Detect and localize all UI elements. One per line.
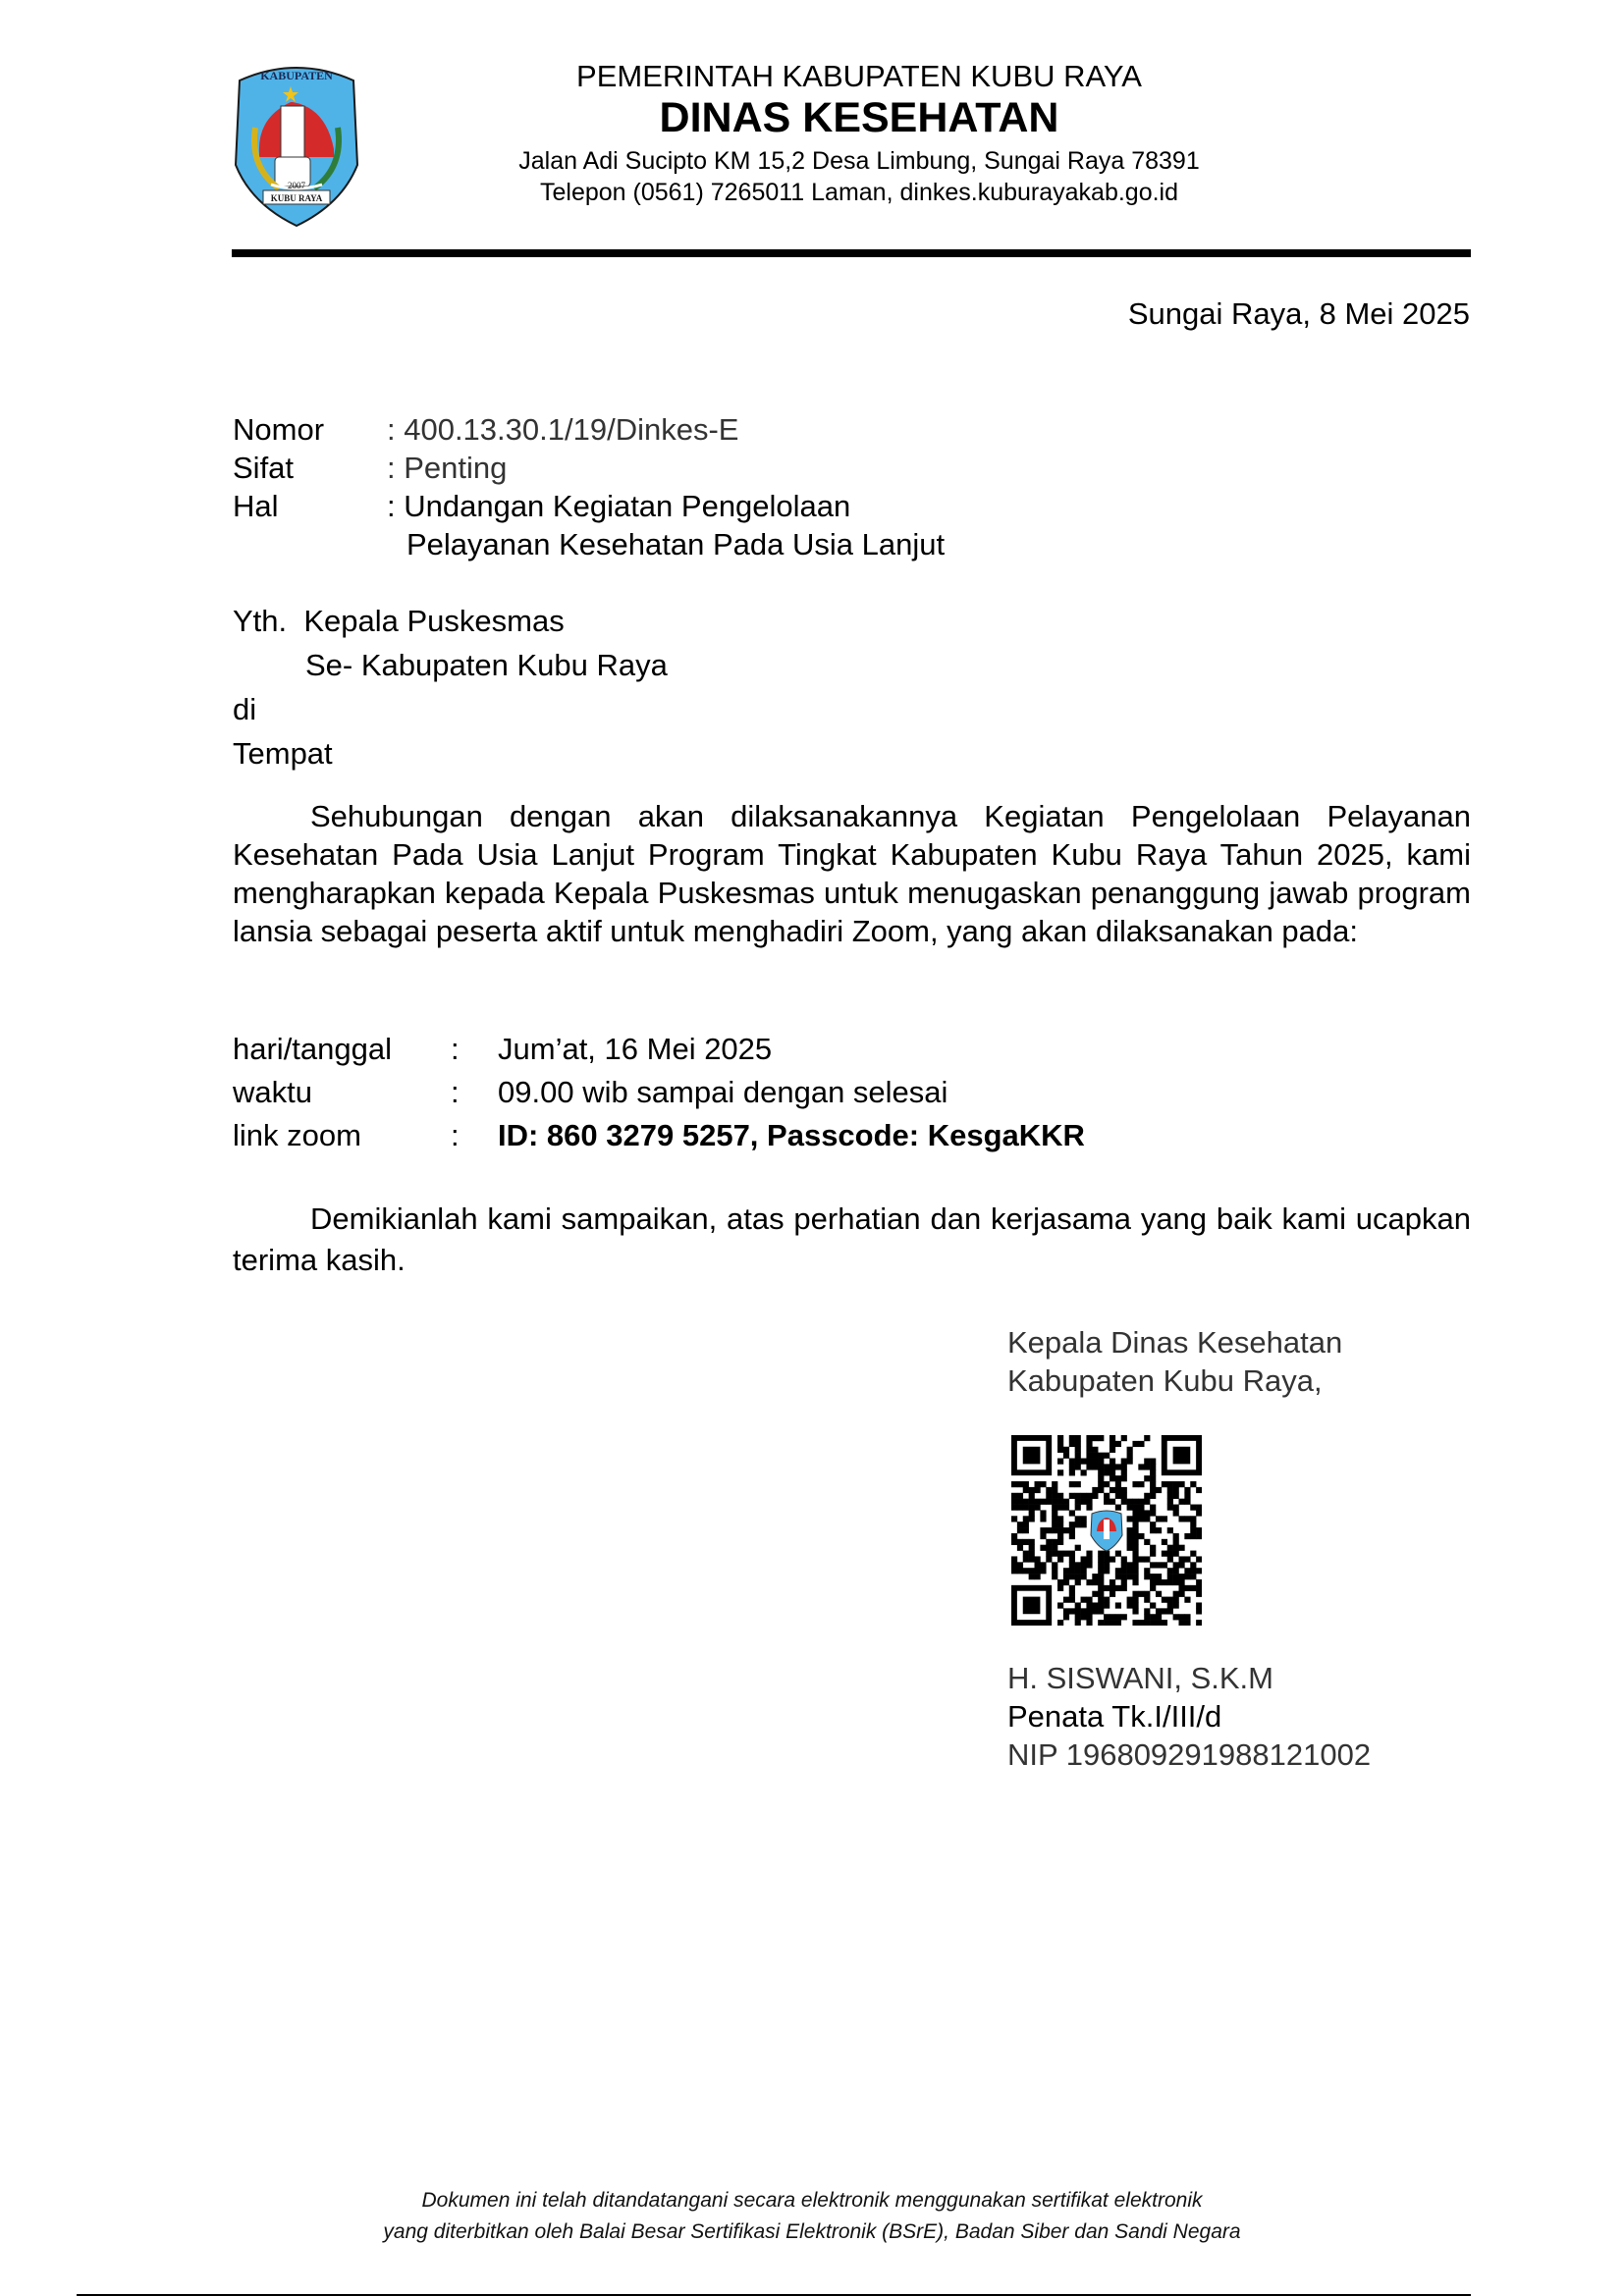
footer-line: yang diterbitkan oleh Balai Besar Sertif… bbox=[295, 2216, 1329, 2248]
signatory-block: H. SISWANI, S.K.M Penata Tk.I/III/d NIP … bbox=[1007, 1659, 1371, 1774]
signatory-rank: Penata Tk.I/III/d bbox=[1007, 1697, 1371, 1735]
letter-date: Sungai Raya, 8 Mei 2025 bbox=[1128, 296, 1470, 332]
footer-line: Dokumen ini telah ditandatangani secara … bbox=[295, 2185, 1329, 2216]
paragraph-text: Demikianlah kami sampaikan, atas perhati… bbox=[233, 1199, 1471, 1281]
esign-footer: Dokumen ini telah ditandatangani secara … bbox=[295, 2185, 1329, 2248]
recipient-line: Tempat bbox=[233, 731, 668, 775]
emblem-icon: KABUPATEN 2007 KUBU RAYA bbox=[232, 59, 361, 228]
meta-value: : 400.13.30.1/19/Dinkes-E bbox=[387, 410, 738, 449]
meta-label: Hal bbox=[233, 487, 387, 525]
schedule-row-zoom: link zoom : ID: 860 3279 5257, Passcode:… bbox=[233, 1114, 1085, 1157]
svg-text:2007: 2007 bbox=[288, 181, 306, 190]
schedule-colon: : bbox=[451, 1028, 498, 1071]
recipient-line: Yth. Kepala Puskesmas bbox=[233, 599, 668, 643]
meta-value: : Undangan Kegiatan Pengelolaan bbox=[387, 487, 850, 525]
meta-row-sifat: Sifat : Penting bbox=[233, 449, 945, 487]
meta-value: : Penting bbox=[387, 449, 507, 487]
schedule-row-date: hari/tanggal : Jum’at, 16 Mei 2025 bbox=[233, 1028, 1085, 1071]
office-contact: Telepon (0561) 7265011 Laman, dinkes.kub… bbox=[442, 179, 1276, 207]
meta-hal-continuation: Pelayanan Kesehatan Pada Usia Lanjut bbox=[233, 525, 945, 563]
schedule-value: Jum’at, 16 Mei 2025 bbox=[498, 1028, 772, 1071]
meta-row-nomor: Nomor : 400.13.30.1/19/Dinkes-E bbox=[233, 410, 945, 449]
meta-label: Sifat bbox=[233, 449, 387, 487]
body-paragraph-1: Sehubungan dengan akan dilaksanakannya K… bbox=[233, 797, 1471, 950]
signature-title-line: Kepala Dinas Kesehatan bbox=[1007, 1323, 1342, 1362]
qr-code-icon bbox=[1011, 1435, 1202, 1626]
signatory-nip: NIP 196809291988121002 bbox=[1007, 1735, 1371, 1774]
schedule-label: hari/tanggal bbox=[233, 1028, 451, 1071]
recipient-line: Se- Kabupaten Kubu Raya bbox=[233, 643, 668, 687]
office-address: Jalan Adi Sucipto KM 15,2 Desa Limbung, … bbox=[442, 147, 1276, 176]
schedule-block: hari/tanggal : Jum’at, 16 Mei 2025 waktu… bbox=[233, 1028, 1085, 1157]
schedule-value: 09.00 wib sampai dengan selesai bbox=[498, 1071, 947, 1114]
letterhead-divider bbox=[232, 249, 1471, 257]
department-name: DINAS KESEHATAN bbox=[442, 94, 1276, 142]
schedule-label: link zoom bbox=[233, 1114, 451, 1157]
recipient-block: Yth. Kepala Puskesmas Se- Kabupaten Kubu… bbox=[233, 599, 668, 775]
signatory-name: H. SISWANI, S.K.M bbox=[1007, 1659, 1371, 1697]
paragraph-text: Sehubungan dengan akan dilaksanakannya K… bbox=[233, 797, 1471, 950]
meta-row-hal: Hal : Undangan Kegiatan Pengelolaan bbox=[233, 487, 945, 525]
svg-text:KUBU RAYA: KUBU RAYA bbox=[271, 193, 323, 203]
svg-text:KABUPATEN: KABUPATEN bbox=[260, 69, 333, 82]
schedule-colon: : bbox=[451, 1114, 498, 1157]
body-paragraph-2: Demikianlah kami sampaikan, atas perhati… bbox=[233, 1199, 1471, 1281]
kabupaten-emblem-logo: KABUPATEN 2007 KUBU RAYA bbox=[232, 59, 361, 228]
recipient-line: di bbox=[233, 687, 668, 731]
government-name: PEMERINTAH KABUPATEN KUBU RAYA bbox=[442, 59, 1276, 94]
signature-title: Kepala Dinas Kesehatan Kabupaten Kubu Ra… bbox=[1007, 1323, 1342, 1400]
signature-title-line: Kabupaten Kubu Raya, bbox=[1007, 1362, 1342, 1400]
zoom-credentials: ID: 860 3279 5257, Passcode: KesgaKKR bbox=[498, 1114, 1085, 1157]
letter-meta: Nomor : 400.13.30.1/19/Dinkes-E Sifat : … bbox=[233, 410, 945, 563]
schedule-row-time: waktu : 09.00 wib sampai dengan selesai bbox=[233, 1071, 1085, 1114]
meta-label: Nomor bbox=[233, 410, 387, 449]
qr-code-signature bbox=[1011, 1435, 1202, 1626]
schedule-label: waktu bbox=[233, 1071, 451, 1114]
schedule-colon: : bbox=[451, 1071, 498, 1114]
